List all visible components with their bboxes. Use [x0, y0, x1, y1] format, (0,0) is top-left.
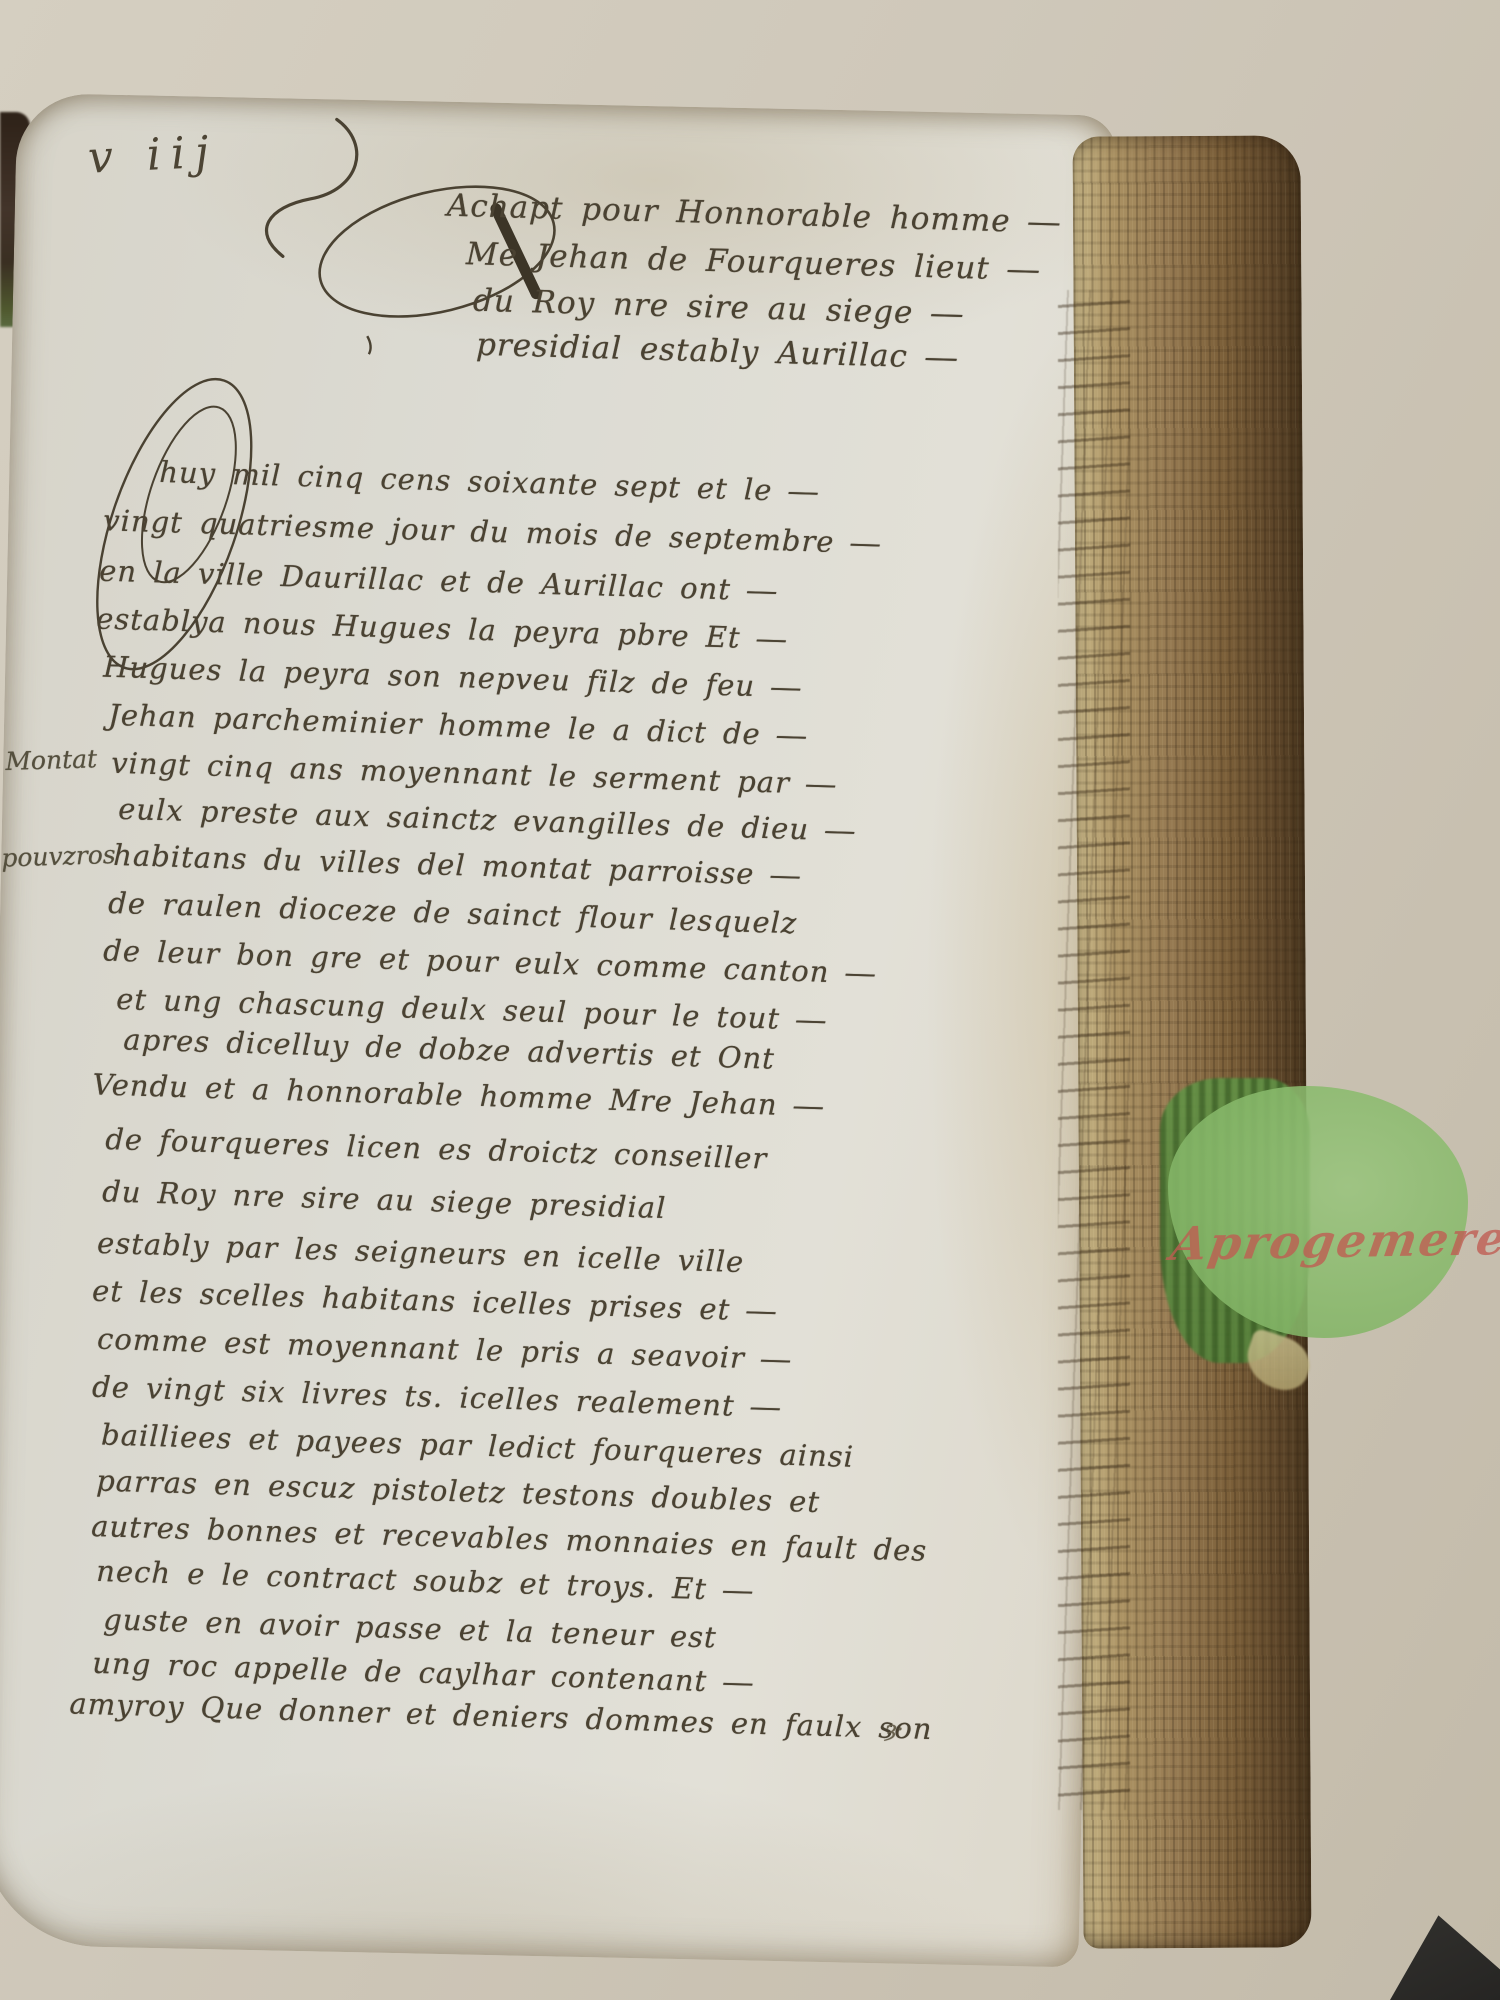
body-line: de fourqueres licen es droictz conseille… — [105, 1122, 768, 1176]
margin-note: pouvzros — [1, 840, 116, 873]
body-line: habitans du villes del montat parroisse … — [113, 838, 801, 892]
body-line: Hugues la peyra son nepveu filz de feu ― — [103, 650, 802, 705]
body-line: estably par les seigneurs en icelle vill… — [97, 1226, 745, 1279]
heading-line: du Roy nre sire au siege ― — [473, 283, 964, 333]
manuscript-photo: v iij Achapt pour Honnorable homme ― Me … — [0, 0, 1500, 2000]
body-line: vingt cinq ans moyennant le serment par … — [111, 746, 837, 802]
paraph-flourish-icon — [209, 99, 383, 273]
folio-number: v iij — [87, 126, 220, 183]
corner-object — [1390, 1910, 1500, 2000]
body-line: de leur bon gre et pour eulx comme canto… — [103, 933, 876, 990]
heading-line: Achapt pour Honnorable homme ― — [447, 188, 1061, 241]
body-line: parras en escuz pistoletz testons double… — [96, 1464, 821, 1519]
body-line: de raulen dioceze de sainct flour lesque… — [108, 886, 798, 940]
body-line: bailliees et payees par ledict fourquere… — [101, 1418, 855, 1474]
heading-line: Me Jehan de Fourqueres lieut ― — [465, 236, 1040, 288]
body-line: et les scelles habitans icelles prises e… — [92, 1274, 777, 1328]
body-line: de vingt six livres ts. icelles realemen… — [92, 1370, 782, 1424]
margin-note: Montat — [5, 744, 98, 776]
watermark-text: Aprogemere — [1167, 1211, 1500, 1271]
ink-bleed-ticks — [1058, 290, 1130, 1810]
body-line: guste en avoir passe et la teneur est — [103, 1602, 717, 1654]
body-line: amyroy Que donner et deniers dommes en f… — [69, 1686, 933, 1746]
body-line: nech e le contract soubz et troys. Et ― — [96, 1554, 754, 1607]
body-line: Vendu et a honnorable homme Mre Jehan ― — [92, 1067, 824, 1123]
end-of-act-mark: ȝ· — [885, 1717, 904, 1742]
body-line: du Roy nre sire au siege presidial — [102, 1174, 667, 1225]
manuscript-page: v iij Achapt pour Honnorable homme ― Me … — [0, 93, 1117, 1968]
body-line: huy mil cinq cens soixante sept et le ― — [159, 455, 819, 509]
body-line: eulx preste aux sainctz evangilles de di… — [118, 792, 856, 848]
heading-line: presidial estably Aurillac ― — [476, 327, 959, 376]
archive-watermark: Aprogemere — [1150, 1078, 1485, 1378]
body-line: Jehan parcheminier homme le a dict de ― — [108, 698, 808, 753]
body-line: comme est moyennant le pris a seavoir ― — [97, 1322, 792, 1377]
body-line: en la ville Daurillac et de Aurillac ont… — [99, 554, 778, 608]
body-line: vingt quatriesme jour du mois de septemb… — [103, 503, 881, 560]
body-line: establya nous Hugues la peyra pbre Et ― — [96, 602, 787, 656]
